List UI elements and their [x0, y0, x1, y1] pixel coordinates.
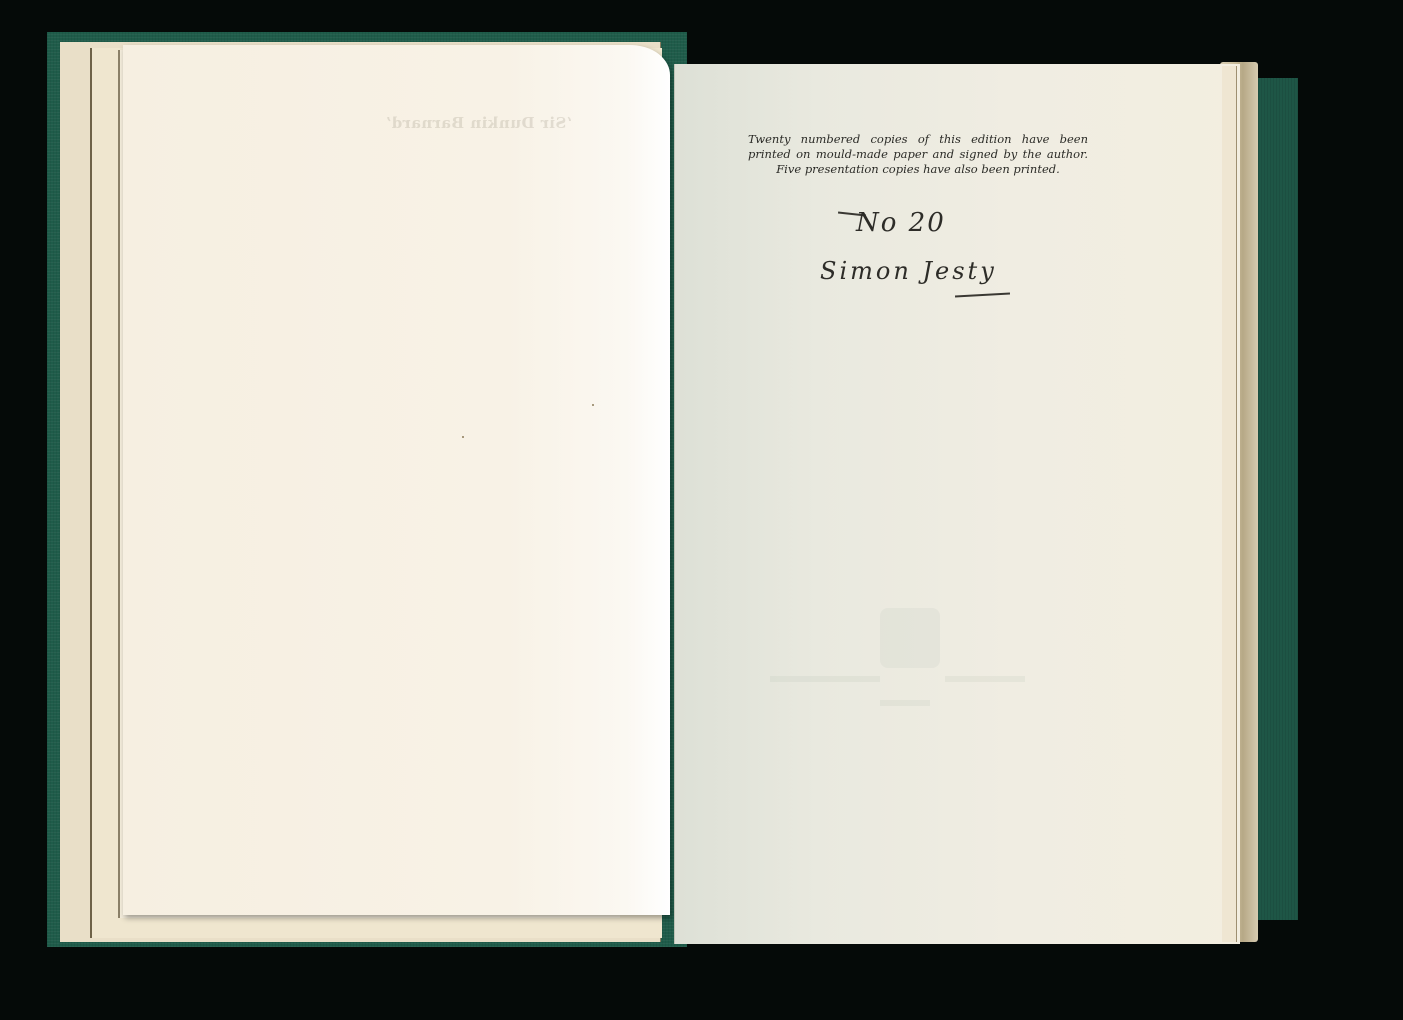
handwritten-copy-number: No 20 [856, 208, 946, 238]
left-page [123, 45, 670, 915]
showthrough-text: ‘Sir Dunkin Barnard’ [352, 114, 572, 132]
showthrough-mark [770, 676, 880, 682]
page-fore-edge [1222, 66, 1237, 942]
showthrough-mark [880, 700, 930, 706]
limitation-colophon: Twenty numbered copies of this edition h… [748, 132, 1088, 177]
showthrough-mark [880, 608, 940, 668]
paper-speck [462, 436, 464, 438]
showthrough-mark [945, 676, 1025, 682]
right-page [674, 64, 1240, 944]
paper-speck [592, 404, 594, 406]
author-signature: Simon Jesty [820, 257, 997, 285]
